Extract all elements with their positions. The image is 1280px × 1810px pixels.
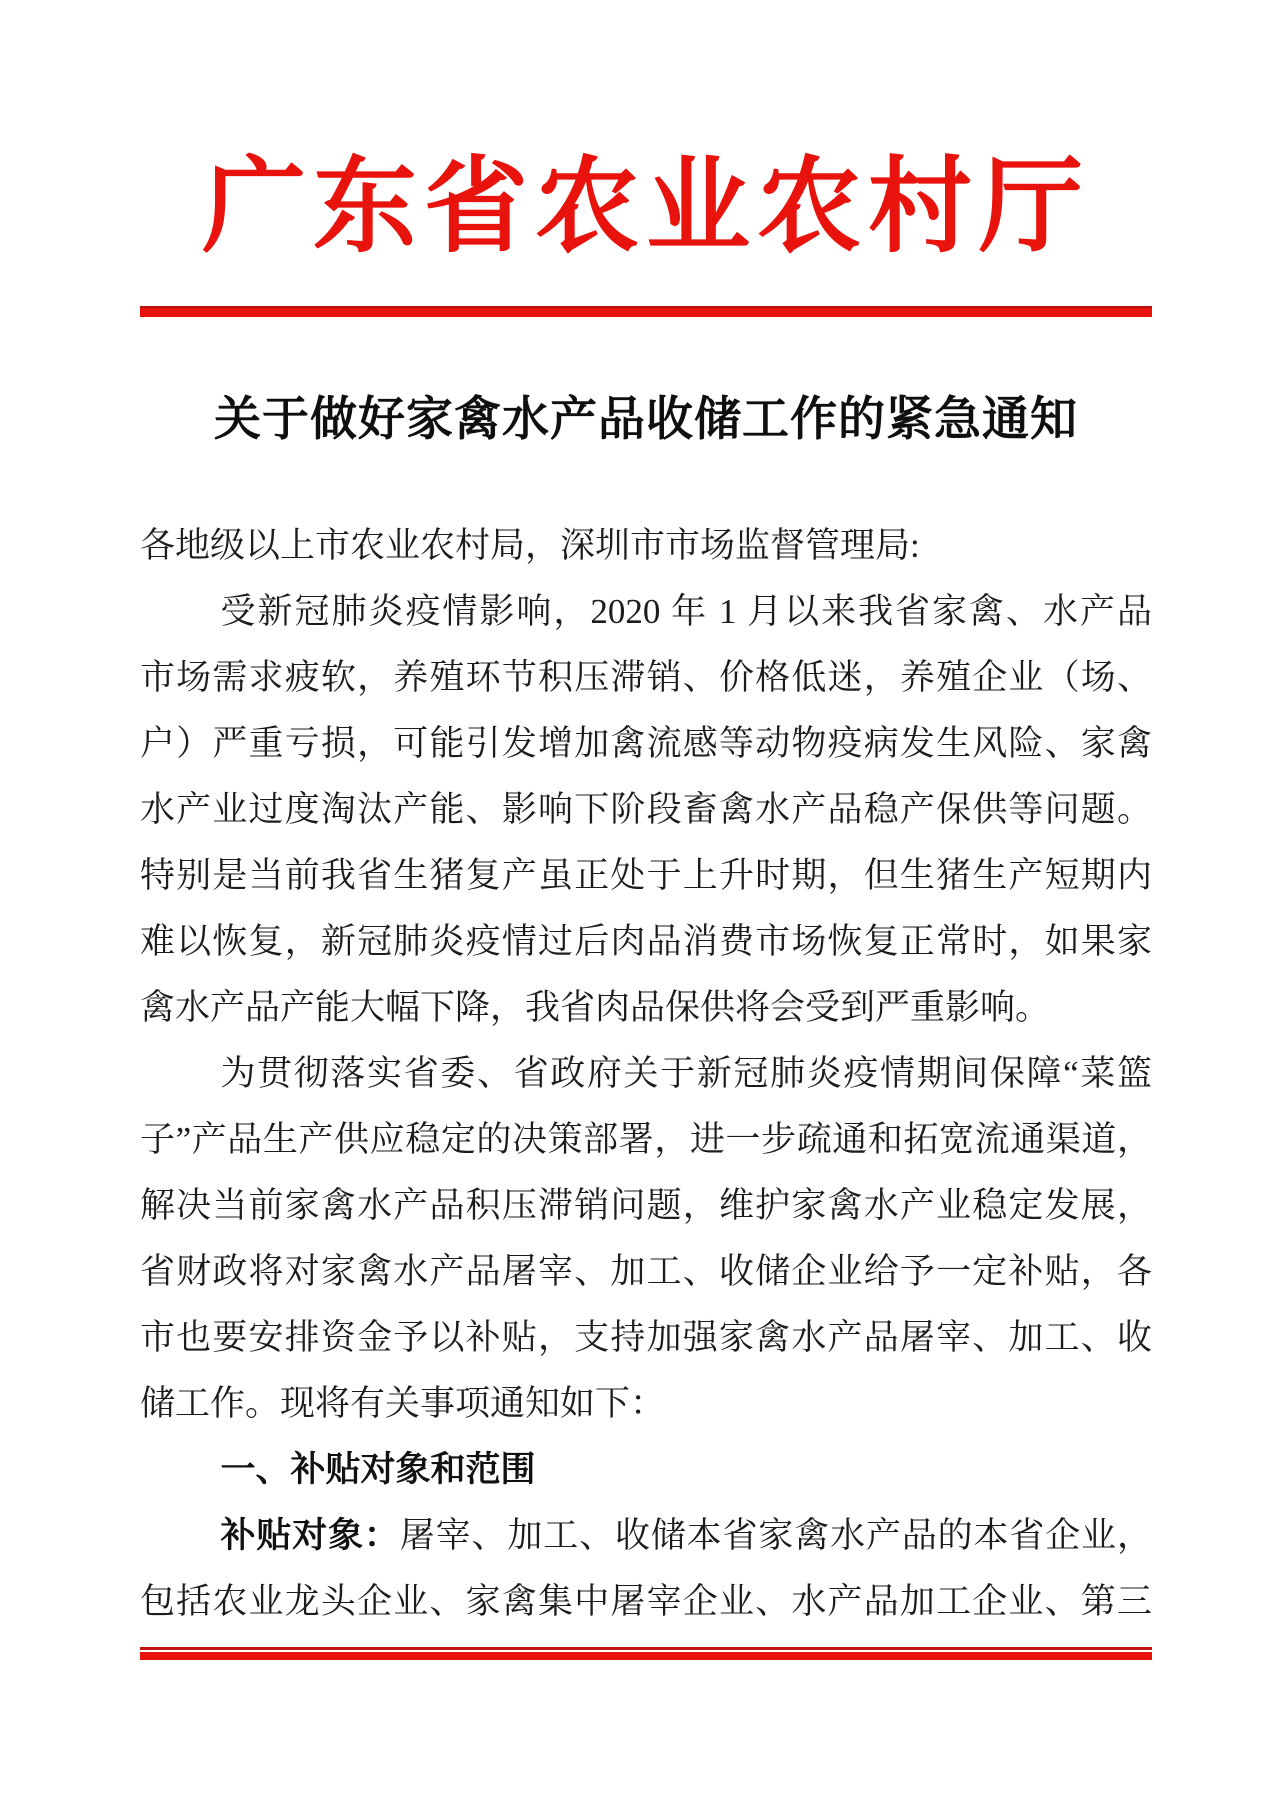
letterhead-org-name: 广东省农业农村厅 <box>140 0 1152 266</box>
body-line: 特别是当前我省生猪复产虽正处于上升时期，但生猪生产短期内 <box>140 843 1152 909</box>
body-line: 禽水产品产能大幅下降，我省肉品保供将会受到严重影响。 <box>140 975 1152 1041</box>
notice-body: 各地级以上市农业农村局，深圳市市场监督管理局: 受新冠肺炎疫情影响，2020 年… <box>140 513 1152 1635</box>
body-line: 难以恢复，新冠肺炎疫情过后肉品消费市场恢复正常时，如果家 <box>140 909 1152 975</box>
body-line: 子”产品生产供应稳定的决策部署，进一步疏通和拓宽流通渠道， <box>140 1107 1152 1173</box>
body-line: 户）严重亏损，可能引发增加禽流感等动物疫病发生风险、家禽 <box>140 711 1152 777</box>
body-line: 解决当前家禽水产品积压滞销问题，维护家禽水产业稳定发展， <box>140 1173 1152 1239</box>
body-line: 水产业过度淘汰产能、影响下阶段畜禽水产品稳产保供等问题。 <box>140 777 1152 843</box>
letterhead-separator-line <box>140 306 1152 317</box>
document-page: 广东省农业农村厅 关于做好家禽水产品收储工作的紧急通知 各地级以上市农业农村局，… <box>0 0 1280 1810</box>
footer-separator-line <box>140 1647 1152 1660</box>
document-content: 广东省农业农村厅 关于做好家禽水产品收储工作的紧急通知 各地级以上市农业农村局，… <box>140 0 1152 1660</box>
notice-title: 关于做好家禽水产品收储工作的紧急通知 <box>140 389 1152 451</box>
body-line: 市场需求疲软，养殖环节积压滞销、价格低迷，养殖企业（场、 <box>140 645 1152 711</box>
subsidy-target-label: 补贴对象： <box>221 1516 400 1555</box>
body-line: 受新冠肺炎疫情影响，2020 年 1 月以来我省家禽、水产品 <box>140 579 1152 645</box>
body-line: 包括农业龙头企业、家禽集中屠宰企业、水产品加工企业、第三 <box>140 1569 1152 1635</box>
section-heading-subsidy-scope: 一、补贴对象和范围 <box>140 1437 1152 1503</box>
body-line: 储工作。现将有关事项通知如下： <box>140 1371 1152 1437</box>
subsidy-target-text: 屠宰、加工、收储本省家禽水产品的本省企业， <box>400 1516 1152 1555</box>
body-line: 省财政将对家禽水产品屠宰、加工、收储企业给予一定补贴，各 <box>140 1239 1152 1305</box>
salutation-line: 各地级以上市农业农村局，深圳市市场监督管理局: <box>140 513 1152 579</box>
body-line: 补贴对象：屠宰、加工、收储本省家禽水产品的本省企业， <box>140 1503 1152 1569</box>
body-line: 市也要安排资金予以补贴，支持加强家禽水产品屠宰、加工、收 <box>140 1305 1152 1371</box>
body-line: 为贯彻落实省委、省政府关于新冠肺炎疫情期间保障“菜篮 <box>140 1041 1152 1107</box>
